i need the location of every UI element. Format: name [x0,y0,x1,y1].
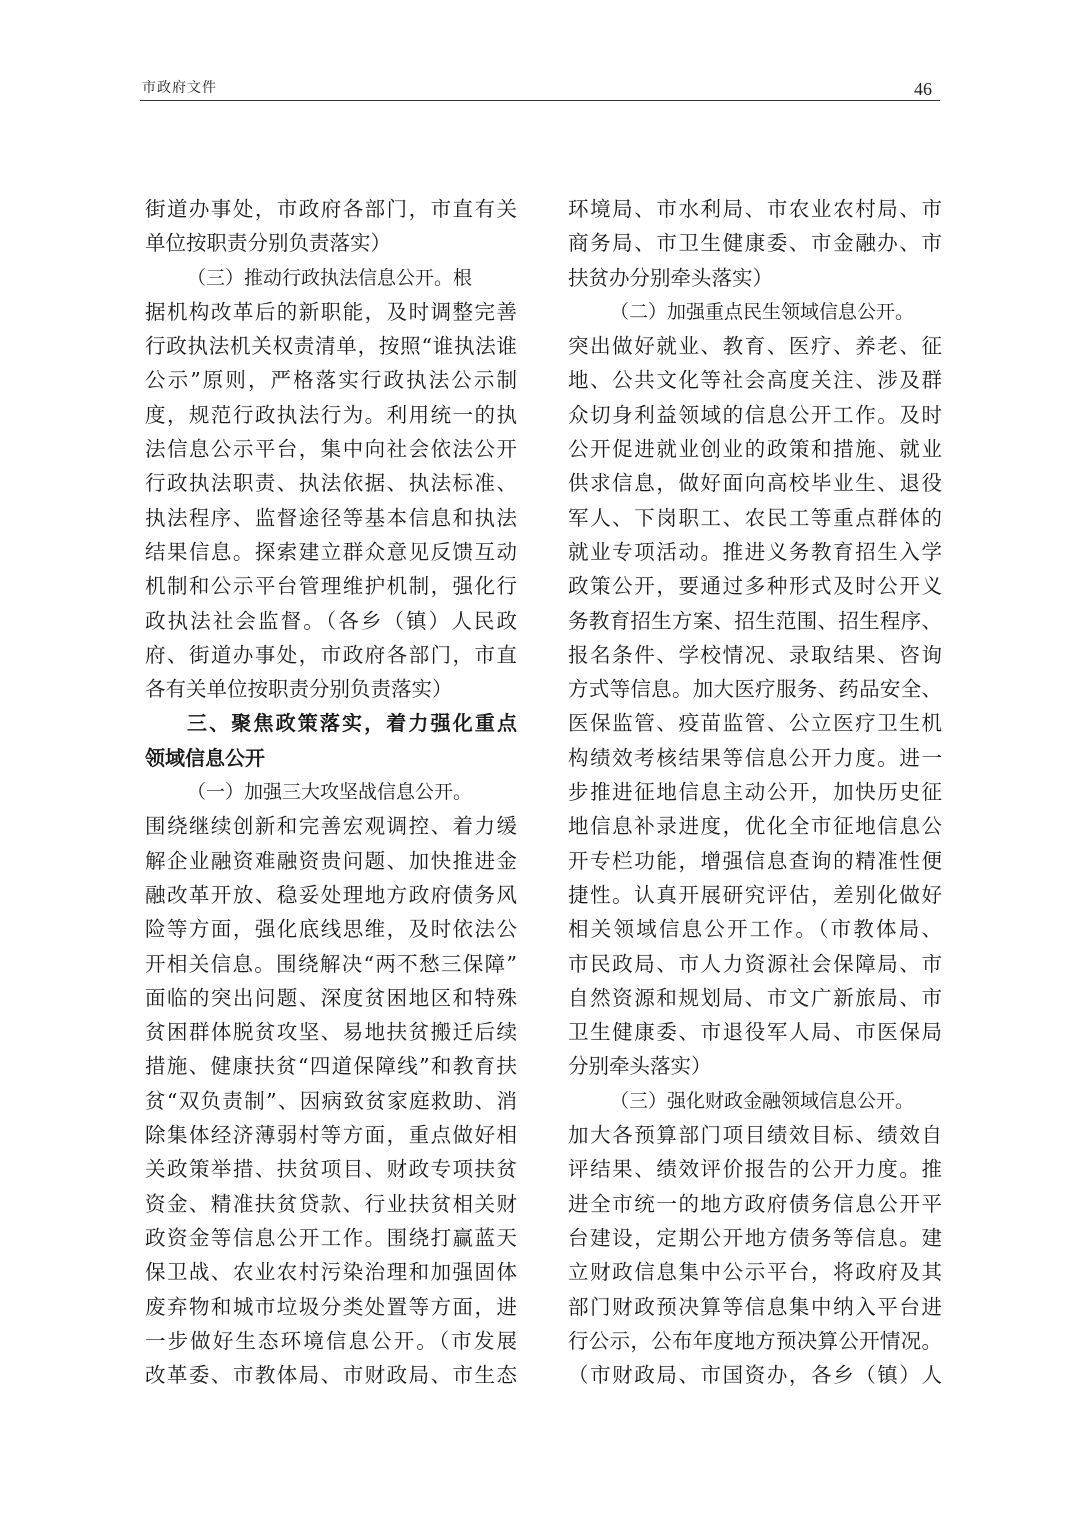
text-line: 行公示，公布年度地方预决算公开情况。 [568,1324,942,1358]
right-column: 环境局、市水利局、市农业农村局、市商务局、市卫生健康委、市金融办、市扶贫办分别牵… [568,192,942,1392]
page-number: 46 [914,79,932,100]
text-line: 市民政局、市人力资源社会保障局、市 [568,947,942,981]
text-line: 政执法社会监督。（各乡（镇）人民政 [145,604,517,638]
text-line: 保卫战、农业农村污染治理和加强固体 [145,1255,517,1289]
text-line: 贫“双负责制”、因病致贫家庭救助、消 [145,1084,517,1118]
text-line: 面临的突出问题、深度贫困地区和特殊 [145,981,517,1015]
text-line: 地信息补录进度，优化全市征地信息公 [568,809,942,843]
text-line: 务教育招生方案、招生范围、招生程序、 [568,604,942,638]
text-line: 自然资源和规划局、市文广新旅局、市 [568,981,942,1015]
text-line: 开相关信息。围绕解决“两不愁三保障” [145,947,517,981]
text-line: 评结果、绩效评价报告的公开力度。推 [568,1152,942,1186]
text-line: 政资金等信息公开工作。围绕打赢蓝天 [145,1221,517,1255]
text-line: 府、街道办事处，市政府各部门，市直 [145,638,517,672]
text-line: 突出做好就业、教育、医疗、养老、征 [568,329,942,363]
subsection-heading: （二）加强重点民生领域信息公开。 [568,295,942,329]
subsection-heading: （三）推动行政执法信息公开。根 [145,261,517,295]
subsection-heading: （三）强化财政金融领域信息公开。 [568,1084,942,1118]
text-line: 步推进征地信息主动公开，加快历史征 [568,775,942,809]
left-column: 街道办事处，市政府各部门，市直有关单位按职责分别负责落实）（三）推动行政执法信息… [145,192,517,1392]
text-line: 公开促进就业创业的政策和措施、就业 [568,432,942,466]
text-line: 法信息公示平台，集中向社会依法公开 [145,432,517,466]
text-line: 行政执法机关权责清单，按照“谁执法谁 [145,329,517,363]
text-line: 报名条件、学校情况、录取结果、咨询 [568,638,942,672]
text-line: 措施、健康扶贫“四道保障线”和教育扶 [145,1049,517,1083]
text-line: 关政策举措、扶贫项目、财政专项扶贫 [145,1152,517,1186]
text-line: 改革委、市教体局、市财政局、市生态 [145,1358,517,1392]
text-line: 军人、下岗职工、农民工等重点群体的 [568,501,942,535]
text-line: 公示”原则，严格落实行政执法公示制 [145,363,517,397]
text-line: 行政执法职责、执法依据、执法标准、 [145,466,517,500]
section-heading: 领域信息公开 [145,741,517,775]
text-line: 部门财政预决算等信息集中纳入平台进 [568,1290,942,1324]
text-line: 融改革开放、稳妥处理地方政府债务风 [145,878,517,912]
text-line: 政策公开，要通过多种形式及时公开义 [568,569,942,603]
text-line: 围绕继续创新和完善宏观调控、着力缓 [145,809,517,843]
subsection-heading: （一）加强三大攻坚战信息公开。 [145,775,517,809]
text-line: 街道办事处，市政府各部门，市直有关 [145,192,517,226]
text-line: 相关领域信息公开工作。（市教体局、 [568,912,942,946]
text-line: 就业专项活动。推进义务教育招生入学 [568,535,942,569]
section-heading: 三、聚焦政策落实，着力强化重点 [145,706,517,740]
text-line: 开专栏功能，增强信息查询的精准性便 [568,844,942,878]
text-line: 资金、精准扶贫贷款、行业扶贫相关财 [145,1187,517,1221]
text-line: 扶贫办分别牵头落实） [568,261,942,295]
text-line: 地、公共文化等社会高度关注、涉及群 [568,363,942,397]
text-line: 构绩效考核结果等信息公开力度。进一 [568,741,942,775]
text-line: 解企业融资难融资贵问题、加快推进金 [145,844,517,878]
text-line: 执法程序、监督途径等基本信息和执法 [145,501,517,535]
header-title: 市政府文件 [142,77,217,97]
text-line: 环境局、市水利局、市农业农村局、市 [568,192,942,226]
text-line: 据机构改革后的新职能，及时调整完善 [145,295,517,329]
text-line: 加大各预算部门项目绩效目标、绩效自 [568,1118,942,1152]
text-line: 分别牵头落实） [568,1049,942,1083]
text-line: （市财政局、市国资办，各乡（镇）人 [568,1358,942,1392]
running-header: 市政府文件 46 [140,78,940,101]
text-line: 商务局、市卫生健康委、市金融办、市 [568,226,942,260]
text-line: 卫生健康委、市退役军人局、市医保局 [568,1015,942,1049]
text-line: 废弃物和城市垃圾分类处置等方面，进 [145,1290,517,1324]
text-line: 险等方面，强化底线思维，及时依法公 [145,912,517,946]
text-line: 众切身利益领域的信息公开工作。及时 [568,398,942,432]
text-line: 度，规范行政执法行为。利用统一的执 [145,398,517,432]
text-line: 单位按职责分别负责落实） [145,226,517,260]
text-line: 医保监管、疫苗监管、公立医疗卫生机 [568,706,942,740]
text-line: 捷性。认真开展研究评估，差别化做好 [568,878,942,912]
text-line: 各有关单位按职责分别负责落实） [145,672,517,706]
text-line: 供求信息，做好面向高校毕业生、退役 [568,466,942,500]
text-line: 立财政信息集中公示平台，将政府及其 [568,1255,942,1289]
text-line: 贫困群体脱贫攻坚、易地扶贫搬迁后续 [145,1015,517,1049]
text-line: 一步做好生态环境信息公开。（市发展 [145,1324,517,1358]
text-line: 机制和公示平台管理维护机制，强化行 [145,569,517,603]
text-line: 除集体经济薄弱村等方面，重点做好相 [145,1118,517,1152]
text-line: 方式等信息。加大医疗服务、药品安全、 [568,672,942,706]
text-line: 台建设，定期公开地方债务等信息。建 [568,1221,942,1255]
text-line: 进全市统一的地方政府债务信息公开平 [568,1187,942,1221]
text-line: 结果信息。探索建立群众意见反馈互动 [145,535,517,569]
